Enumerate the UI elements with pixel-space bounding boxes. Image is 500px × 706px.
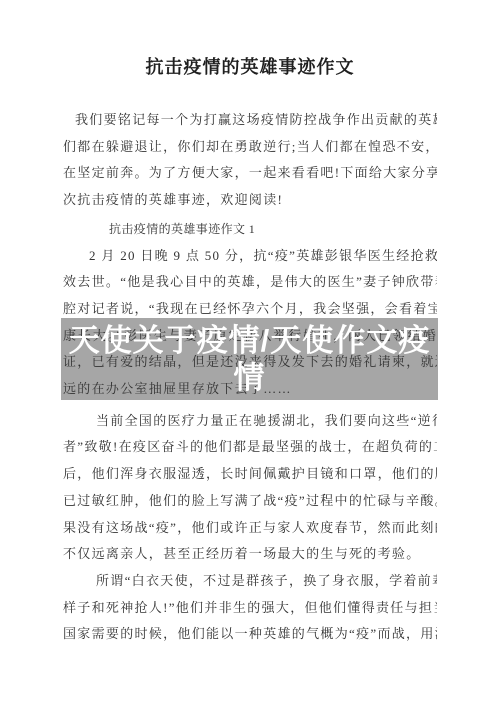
- text-line: 果没有这场战“疫”，他们或许正与家人欢度春节，然而此刻的他们: [63, 515, 437, 542]
- paragraph: 我们要铭记每一个为打赢这场疫情防控战争作出贡献的英雄，当人们都在躲避退让，你们却…: [63, 107, 437, 214]
- text-line: 我们要铭记每一个为打赢这场疫情防控战争作出贡献的英雄，当人: [63, 107, 437, 134]
- text-line: 康长大。”彭医生与妻子原定初八举行婚礼，两人已领结婚: [63, 323, 437, 350]
- text-line: 样子和死神抢人!”他们并非生的强大，但他们懂得责任与担当，在: [63, 595, 437, 622]
- document-page: 抗击疫情的英雄事迹作文 我们要铭记每一个为打赢这场疫情防控战争作出贡献的英雄，当…: [0, 0, 500, 706]
- text-line: 2 月 20 日晚 9 点 50 分，抗“疫”英雄彭银华医生经抢救无: [63, 243, 437, 270]
- paragraph: 所谓“白衣天使，不过是群孩子，换了身衣服，学着前辈的样子和死神抢人!”他们并非生…: [63, 568, 437, 648]
- document: 抗击疫情的英雄事迹作文 我们要铭记每一个为打赢这场疫情防控战争作出贡献的英雄，当…: [63, 0, 437, 648]
- text-line: 不仅远离亲人，甚至正经历着一场最大的生与死的考验。: [63, 541, 437, 568]
- text-line: 效去世。“他是我心目中的英雄，是伟大的医生”妻子钟欣带着哭: [63, 269, 437, 296]
- text-line: 在坚定前奔。为了方便大家，一起来看看吧!下面给大家分享关于这: [63, 160, 437, 187]
- text-line: 后，他们浑身衣服湿透，长时间佩戴护目镜和口罩，他们的脸颊都: [63, 461, 437, 488]
- text-line: 抗击疫情的英雄事迹作文 1: [63, 216, 437, 243]
- paragraph: 2 月 20 日晚 9 点 50 分，抗“疫”英雄彭银华医生经抢救无效去世。“他…: [63, 243, 437, 403]
- text-line: 次抗击疫情的英雄事迹，欢迎阅读!: [63, 187, 437, 214]
- text-line: 国家需要的时候，他们能以一种英雄的气概为“疫”而战，用汗水: [63, 621, 437, 648]
- document-body: 我们要铭记每一个为打赢这场疫情防控战争作出贡献的英雄，当人们都在躲避退让，你们却…: [63, 107, 437, 648]
- text-line: 已过敏红肿，他们的脸上写满了战“疫”过程中的忙碌与辛酸。如: [63, 488, 437, 515]
- text-line: 所谓“白衣天使，不过是群孩子，换了身衣服，学着前辈的: [63, 568, 437, 595]
- text-line: 们都在躲避退让，你们却在勇敢逆行;当人们都在惶恐不安，你们却: [63, 134, 437, 161]
- text-line: 腔对记者说，“我现在已经怀孕六个月，我会坚强，会看着宝宝健: [63, 296, 437, 323]
- document-title: 抗击疫情的英雄事迹作文: [63, 54, 437, 80]
- text-line: 者”致敬!在疫区奋斗的他们都是最坚强的战士，在超负荷的工作: [63, 434, 437, 461]
- text-line: 远的在办公室抽屉里存放下去了……: [63, 376, 437, 403]
- paragraph: 当前全国的医疗力量正在驰援湖北，我们要向这些“逆行者”致敬!在疫区奋斗的他们都是…: [63, 408, 437, 568]
- text-line: 证，已有爱的结晶，但是还没来得及发下去的婚礼请柬，就这样永: [63, 349, 437, 376]
- text-line: 当前全国的医疗力量正在驰援湖北，我们要向这些“逆行: [63, 408, 437, 435]
- section-heading: 抗击疫情的英雄事迹作文 1: [63, 216, 437, 243]
